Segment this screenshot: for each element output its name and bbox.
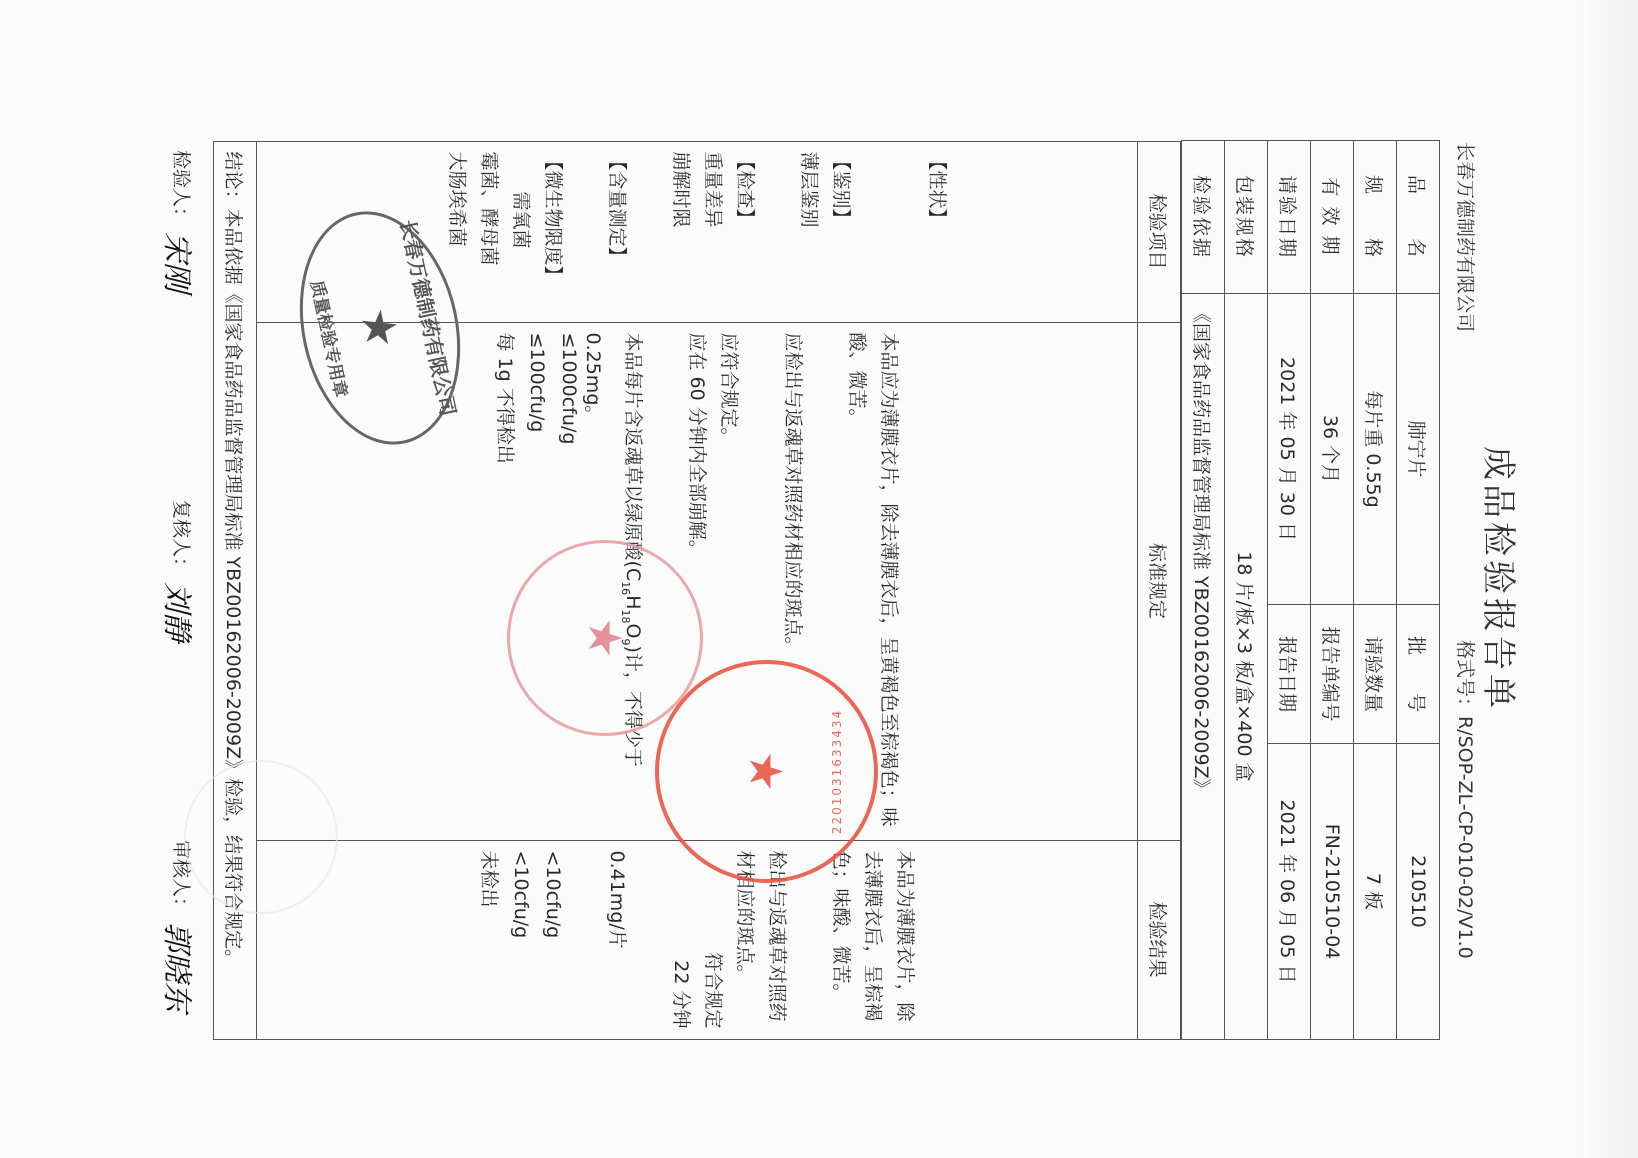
packaging-value: 18 片/板×3 板/盒×400 盒 bbox=[1225, 294, 1268, 1040]
report-no-value: FN-210510-04 bbox=[1311, 744, 1354, 1040]
std-ecoli: 每 1g 不得检出 bbox=[489, 333, 521, 830]
item-weight-variation: 重量差异 bbox=[697, 152, 729, 312]
report-no-label: 报告单编号 bbox=[1311, 605, 1354, 744]
item-aerobic: 需氧菌 bbox=[505, 152, 537, 312]
reviewer-signature: 刘静 bbox=[159, 582, 194, 642]
format-number: 格式号：R/SOP-ZL-CP-010-02/V1.0 bbox=[1453, 640, 1480, 959]
result-assay: 0.41mg/片 bbox=[601, 851, 633, 1029]
inspector-signature: 宋刚 bbox=[159, 232, 194, 292]
reviewer: 复核人：刘静 bbox=[166, 500, 210, 642]
spec-label: 规 格 bbox=[1354, 141, 1397, 294]
item-assay: 【含量测定】 bbox=[601, 152, 633, 312]
row-dates: 请验日期 2021 年 05 月 30 日 报告日期 2021 年 06 月 0… bbox=[1268, 141, 1311, 1040]
packaging-label: 包装规格 bbox=[1225, 141, 1268, 294]
stamp-number: 2201031633434 bbox=[830, 664, 844, 879]
star-icon: ★ bbox=[582, 617, 628, 658]
batch-no-value: 210510 bbox=[1397, 744, 1440, 1040]
item-appearance: 【性状】 bbox=[921, 152, 953, 312]
result-appearance: 本品为薄膜衣片，除去薄膜衣后，呈棕褐色；味酸、微苦。 bbox=[793, 851, 921, 1029]
row-validity: 有 效 期 36 个月 报告单编号 FN-210510-04 bbox=[1311, 141, 1354, 1040]
basis-value: 《国家食品药品监督管理局标准 YBZ00162006-2009Z》 bbox=[1182, 294, 1225, 1040]
header-item: 检验项目 bbox=[1138, 141, 1181, 322]
inspector-label: 检验人： bbox=[170, 150, 192, 226]
reviewer-label: 复核人： bbox=[170, 500, 192, 576]
request-qty-value: 7 板 bbox=[1354, 744, 1397, 1040]
report-date-value: 2021 年 06 月 05 日 bbox=[1268, 744, 1311, 1040]
row-packaging: 包装规格 18 片/板×3 板/盒×400 盒 bbox=[1225, 141, 1268, 1040]
inspector: 检验人：宋刚 bbox=[166, 150, 210, 292]
item-identification: 【鉴别】 bbox=[825, 152, 857, 312]
product-name-value: 肺宁片 bbox=[1397, 294, 1440, 605]
spec-value: 每片重 0.55g bbox=[1354, 294, 1397, 605]
scan-edge bbox=[1578, 0, 1638, 1158]
batch-no-label: 批 号 bbox=[1397, 605, 1440, 744]
result-weight-variation: 符合规定 bbox=[697, 851, 729, 1029]
result-mold-yeast: <10cfu/g bbox=[505, 851, 537, 1029]
report-date-label: 报告日期 bbox=[1268, 605, 1311, 744]
result-ecoli: 未检出 bbox=[473, 851, 505, 1029]
request-qty-label: 请验数量 bbox=[1354, 605, 1397, 744]
faint-stamp bbox=[184, 760, 338, 914]
item-checks: 【检查】 bbox=[729, 152, 761, 312]
request-date-label: 请验日期 bbox=[1268, 141, 1311, 294]
result-aerobic: <10cfu/g bbox=[537, 851, 569, 1029]
item-disintegration: 崩解时限 bbox=[665, 152, 697, 312]
request-date-value: 2021 年 05 月 30 日 bbox=[1268, 294, 1311, 605]
row-product: 品 名 肺宁片 批 号 210510 bbox=[1397, 141, 1440, 1040]
test-header-row: 检验项目 标准规定 检验结果 bbox=[1138, 141, 1181, 1039]
result-disintegration: 22 分钟 bbox=[665, 851, 697, 1029]
row-basis: 检验依据 《国家食品药品监督管理局标准 YBZ00162006-2009Z》 bbox=[1182, 141, 1225, 1040]
document-title: 成品检验报告单 bbox=[1477, 0, 1526, 1158]
basis-label: 检验依据 bbox=[1182, 141, 1225, 294]
red-stamp-pink: ★ bbox=[507, 540, 703, 736]
inspection-report-page: 成品检验报告单 长春万德制药有限公司 格式号：R/SOP-ZL-CP-010-0… bbox=[0, 0, 1638, 1158]
approver-signature: 郭晓东 bbox=[159, 922, 194, 1012]
item-mold-yeast: 霉菌、酵母菌 bbox=[473, 152, 505, 312]
product-name-label: 品 名 bbox=[1397, 141, 1440, 294]
validity-value: 36 个月 bbox=[1311, 294, 1354, 605]
star-icon: ★ bbox=[744, 751, 790, 792]
results-cell: 本品为薄膜衣片，除去薄膜衣后，呈棕褐色；味酸、微苦。 检出与返魂草对照药材相应的… bbox=[257, 840, 1138, 1039]
red-stamp-company: 2201031633434 ★ bbox=[655, 660, 878, 883]
star-icon: ★ bbox=[353, 303, 407, 353]
company-name: 长春万德制药有限公司 bbox=[1453, 142, 1480, 332]
row-spec: 规 格 每片重 0.55g 请验数量 7 板 bbox=[1354, 141, 1397, 1040]
validity-label: 有 效 期 bbox=[1311, 141, 1354, 294]
item-tlc: 薄层鉴别 bbox=[793, 152, 825, 312]
header-standard: 标准规定 bbox=[1138, 322, 1181, 840]
item-microbial: 【微生物限度】 bbox=[537, 152, 569, 312]
header-result: 检验结果 bbox=[1138, 840, 1181, 1039]
